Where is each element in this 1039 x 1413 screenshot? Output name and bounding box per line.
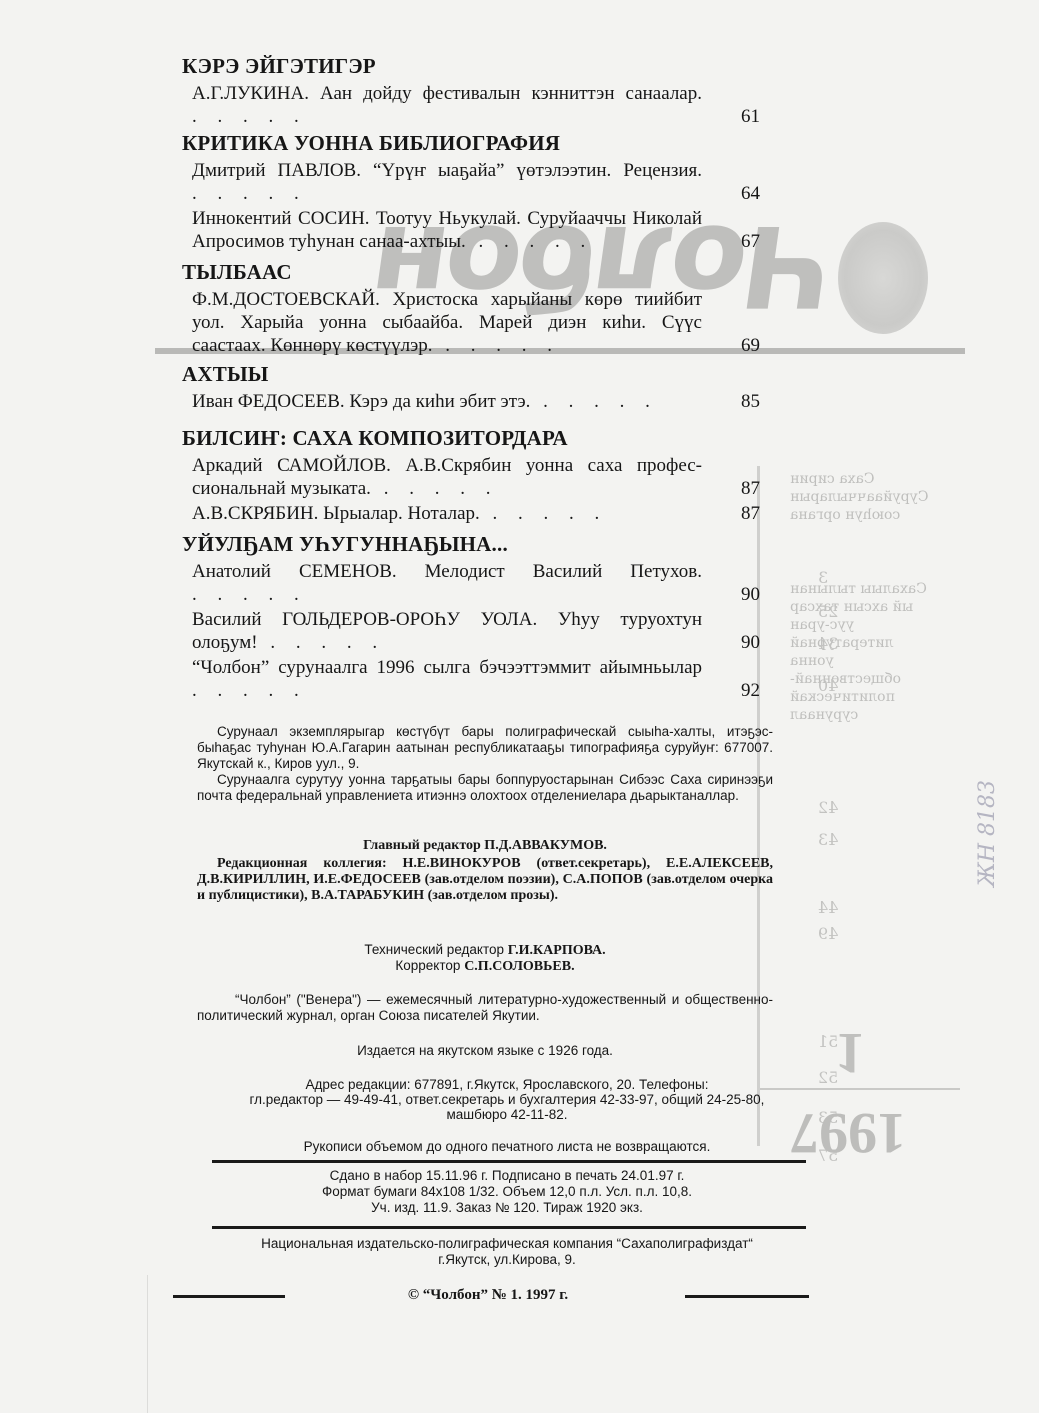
toc-entry-title: Дмитрий ПАВЛОВ. “Үрүҥ ыаҕайа” үөтэлээтин… [192,160,702,181]
leader-dots: . . . . . [192,183,307,204]
technical-staff: Технический редактор Г.И.КАРПОВА. Коррек… [197,942,773,974]
toc-entry-title: “Чолбон” сурунаалга 1996 сылга бэчээттэм… [192,657,702,678]
toc-section-heading: КРИТИКА УОННА БИБЛИОГРАФИЯ [182,130,762,156]
bleed-through-page-number: 40 [818,678,838,694]
leader-dots: . . . . . [192,680,307,701]
toc-section: БИЛСИҤ: САХА КОМПОЗИТОРДАРААркадий САМОЙ… [182,425,762,525]
bleed-through-page-number: 44 [818,900,838,916]
toc-entry: “Чолбон” сурунаалга 1996 сылга бэчээттэм… [182,656,762,702]
toc-entry: Аркадий САМОЙЛОВ. А.В.Скрябин уонна саха… [182,454,762,500]
toc-section-heading: УЙУЛҔАМ УҺУГУННАҔЫНА... [182,531,762,557]
leader-dots: . . . . . [258,632,386,653]
bleed-through-issue-number: 1 [835,1020,864,1087]
leader-dots: . . . . . [530,391,658,412]
bleed-through-rule [147,1275,148,1413]
toc-page-number: 85 [741,390,760,413]
bleed-through-page-number: 34 [818,636,838,652]
manuscripts-note: Рукописи объемом до одного печатного лис… [197,1139,817,1154]
toc-entry: Ф.М.ДОСТОЕВСКАЙ. Христоска харыйаны көрө… [182,288,762,357]
toc-page-number: 92 [741,679,760,702]
toc-entry: Иннокентий СОСИН. Тоотуу Ньукулай. Суруй… [182,207,762,253]
toc-section-heading: ТЫЛБААС [182,259,762,285]
bleed-through-right-text: Саха сирин Суруйааччыларын союһун органа… [790,470,955,724]
bleed-through-page-number: 42 [818,800,838,816]
toc-page-number: 67 [741,230,760,253]
imprint-paragraph: Сурунаалга сурутуу уонна тарҕатыы бары б… [197,772,773,804]
toc-section: КРИТИКА УОННА БИБЛИОГРАФИЯДмитрий ПАВЛОВ… [182,130,762,253]
imprint-paragraph: Сурунаал экземплярыгар көстүбүт бары пол… [197,724,773,772]
toc-section: КЭРЭ ЭЙГЭТИГЭРА.Г.ЛУКИНА. Аан дойду фест… [182,53,762,128]
toc-section-heading: БИЛСИҤ: САХА КОМПОЗИТОРДАРА [182,425,762,451]
divider [212,1160,806,1163]
toc-entry-title: А.В.СКРЯБИН. Ырыалар. Ноталар. [192,503,480,524]
toc-section-heading: АХТЫЫ [182,361,762,387]
toc-page-number: 61 [741,105,760,128]
toc-entry: Иван ФЕДОСЕЕВ. Кэрэ да киһи эбит этэ. . … [182,390,762,413]
chief-editor: Главный редактор П.Д.АВВАКУМОВ. [197,838,773,854]
table-of-contents: КЭРЭ ЭЙГЭТИГЭРА.Г.ЛУКИНА. Аан дойду фест… [182,53,762,708]
technical-editor: Технический редактор Г.И.КАРПОВА. [197,942,773,958]
toc-page-number: 87 [741,477,760,500]
toc-page-number: 87 [741,502,760,525]
divider [173,1295,285,1298]
bleed-through-page-number: 52 [818,1070,838,1086]
divider [212,1226,806,1229]
bleed-through-page-number: 51 [818,1034,838,1050]
toc-entry: А.Г.ЛУКИНА. Аан дойду фестивалын кэннитт… [182,82,762,128]
copyright-line: © “Чолбон” № 1. 1997 г. [173,1287,809,1305]
divider [685,1295,809,1298]
bleed-through-page-number: 53 [818,1110,838,1126]
copyright: © “Чолбон” № 1. 1997 г. [293,1287,683,1304]
toc-section: АХТЫЫИван ФЕДОСЕЕВ. Кэрэ да киһи эбит эт… [182,361,762,413]
bleed-through-page-number: 25 [818,604,838,620]
bleed-through-page-number: 43 [818,832,838,848]
corrector: Корректор С.П.СОЛОВЬЕВ. [197,958,773,974]
publisher-info: Национальная издательско-полиграфическая… [197,1236,817,1268]
toc-entry-title: Иван ФЕДОСЕЕВ. Кэрэ да киһи эбит этэ. [192,391,530,412]
editorial-board: Главный редактор П.Д.АВВАКУМОВ. Редакцио… [197,838,773,904]
leader-dots: . . . . . [371,478,499,499]
toc-entry: Анатолий СЕМЕНОВ. Мелодист Василий Петух… [182,560,762,606]
bleed-through-page-number: 49 [818,926,838,942]
toc-entry: Василий ГОЛЬДЕРОВ-ОРОҺУ УОЛА. Уһуу туруо… [182,608,762,654]
toc-page-number: 90 [741,631,760,654]
bleed-through-emblem [838,222,928,334]
leader-dots: . . . . . [192,106,307,127]
leader-dots: . . . . . [432,335,560,356]
toc-entry-title: Иннокентий СОСИН. Тоотуу Ньукулай. Суруй… [192,208,702,252]
toc-section-heading: КЭРЭ ЭЙГЭТИГЭР [182,53,762,79]
toc-section: ТЫЛБААСФ.М.ДОСТОЕВСКАЙ. Христоска харыйа… [182,259,762,357]
handwritten-note: ЖН 8183 [975,780,1000,887]
leader-dots: . . . . . [466,231,594,252]
published-since: Издается на якутском языке с 1926 года. [197,1043,773,1058]
editorial-board-members: Редакционная коллегия: Н.Е.ВИНОКУРОВ (от… [197,856,773,904]
bleed-through-page-number: 3 [818,570,828,586]
toc-entry: А.В.СКРЯБИН. Ырыалар. Ноталар. . . . . .… [182,502,762,525]
toc-entry-title: А.Г.ЛУКИНА. Аан дойду фестивалын кэннитт… [192,83,702,104]
leader-dots: . . . . . [480,503,608,524]
journal-description: “Чолбон” ("Венера") — ежемесячный литера… [197,992,773,1024]
toc-page-number: 90 [741,583,760,606]
toc-entry: Дмитрий ПАВЛОВ. “Үрүҥ ыаҕайа” үөтэлээтин… [182,159,762,205]
print-info: Сдано в набор 15.11.96 г. Подписано в пе… [197,1168,817,1216]
toc-entry-title: Анатолий СЕМЕНОВ. Мелодист Василий Петух… [192,561,702,582]
toc-page-number: 69 [741,334,760,357]
editorial-address: Адрес редакции: 677891, г.Якутск, Яросла… [197,1077,817,1122]
toc-section: УЙУЛҔАМ УҺУГУННАҔЫНА...Анатолий СЕМЕНОВ.… [182,531,762,702]
board-label: Редакционная коллегия: [217,856,387,871]
toc-page-number: 64 [741,182,760,205]
imprint-notes: Сурунаал экземплярыгар көстүбүт бары пол… [197,724,773,804]
leader-dots: . . . . . [192,584,307,605]
bleed-through-page-number: 57 [818,1148,838,1164]
